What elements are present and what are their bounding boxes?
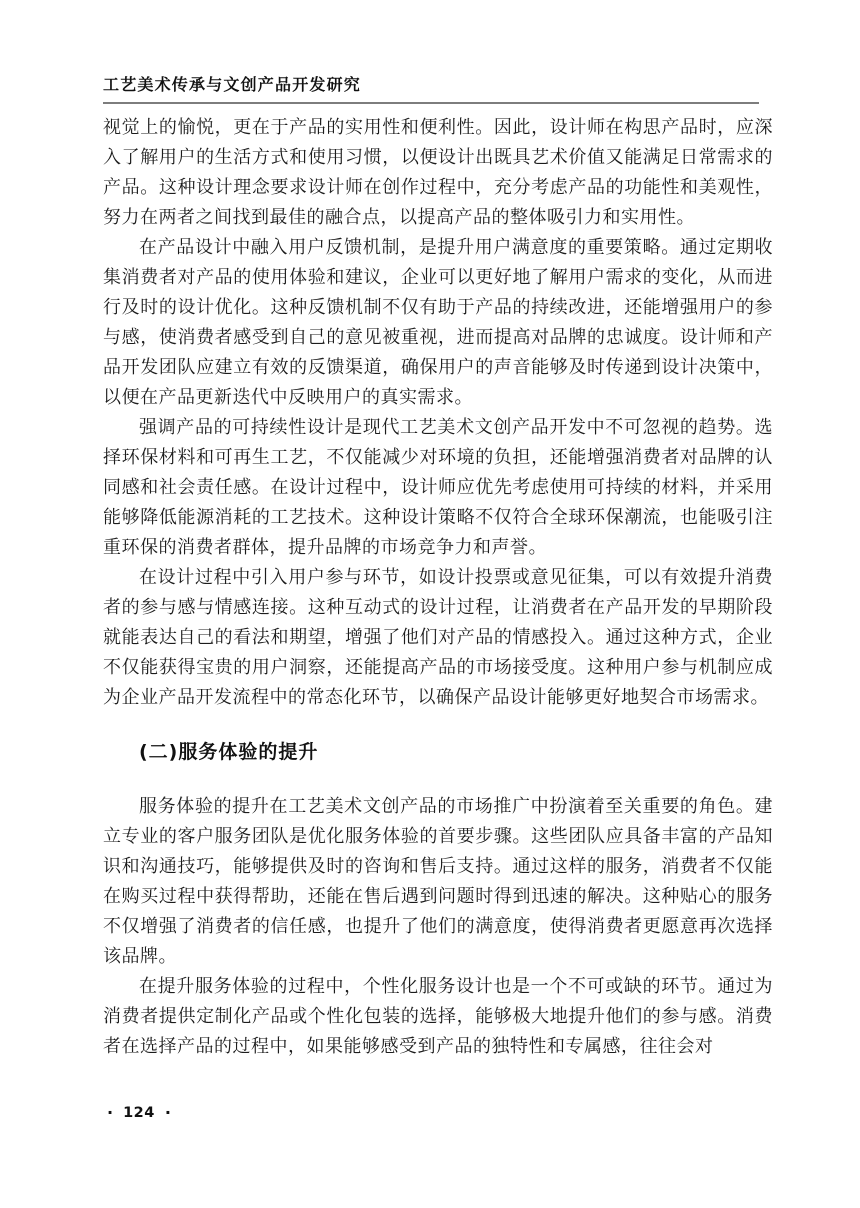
page-number: 124 <box>123 1101 155 1125</box>
body-paragraph: 强调产品的可持续性设计是现代工艺美术文创产品开发中不可忽视的趋势。选择环保材料和… <box>103 413 773 563</box>
body-paragraph: 在设计过程中引入用户参与环节，如设计投票或意见征集，可以有效提升消费者的参与感与… <box>103 563 773 713</box>
body-paragraph: 视觉上的愉悦，更在于产品的实用性和便利性。因此，设计师在构思产品时，应深入了解用… <box>103 113 773 233</box>
running-header: 工艺美术传承与文创产品开发研究 <box>103 74 773 104</box>
page-body: 视觉上的愉悦，更在于产品的实用性和便利性。因此，设计师在构思产品时，应深入了解用… <box>103 113 773 1062</box>
body-paragraph: 在提升服务体验的过程中，个性化服务设计也是一个不可或缺的环节。通过为消费者提供定… <box>103 972 773 1062</box>
section-heading: (二)服务体验的提升 <box>103 737 773 767</box>
page-number-right-dot: · <box>165 1101 171 1125</box>
body-paragraph: 在产品设计中融入用户反馈机制，是提升用户满意度的重要策略。通过定期收集消费者对产… <box>103 233 773 413</box>
header-rule <box>103 102 759 104</box>
page: 工艺美术传承与文创产品开发研究 视觉上的愉悦，更在于产品的实用性和便利性。因此，… <box>0 0 860 1208</box>
body-paragraph: 服务体验的提升在工艺美术文创产品的市场推广中扮演着至关重要的角色。建立专业的客户… <box>103 792 773 972</box>
page-footer: · 124 · <box>107 1101 171 1125</box>
book-title: 工艺美术传承与文创产品开发研究 <box>103 74 773 96</box>
page-number-left-dot: · <box>107 1101 113 1125</box>
